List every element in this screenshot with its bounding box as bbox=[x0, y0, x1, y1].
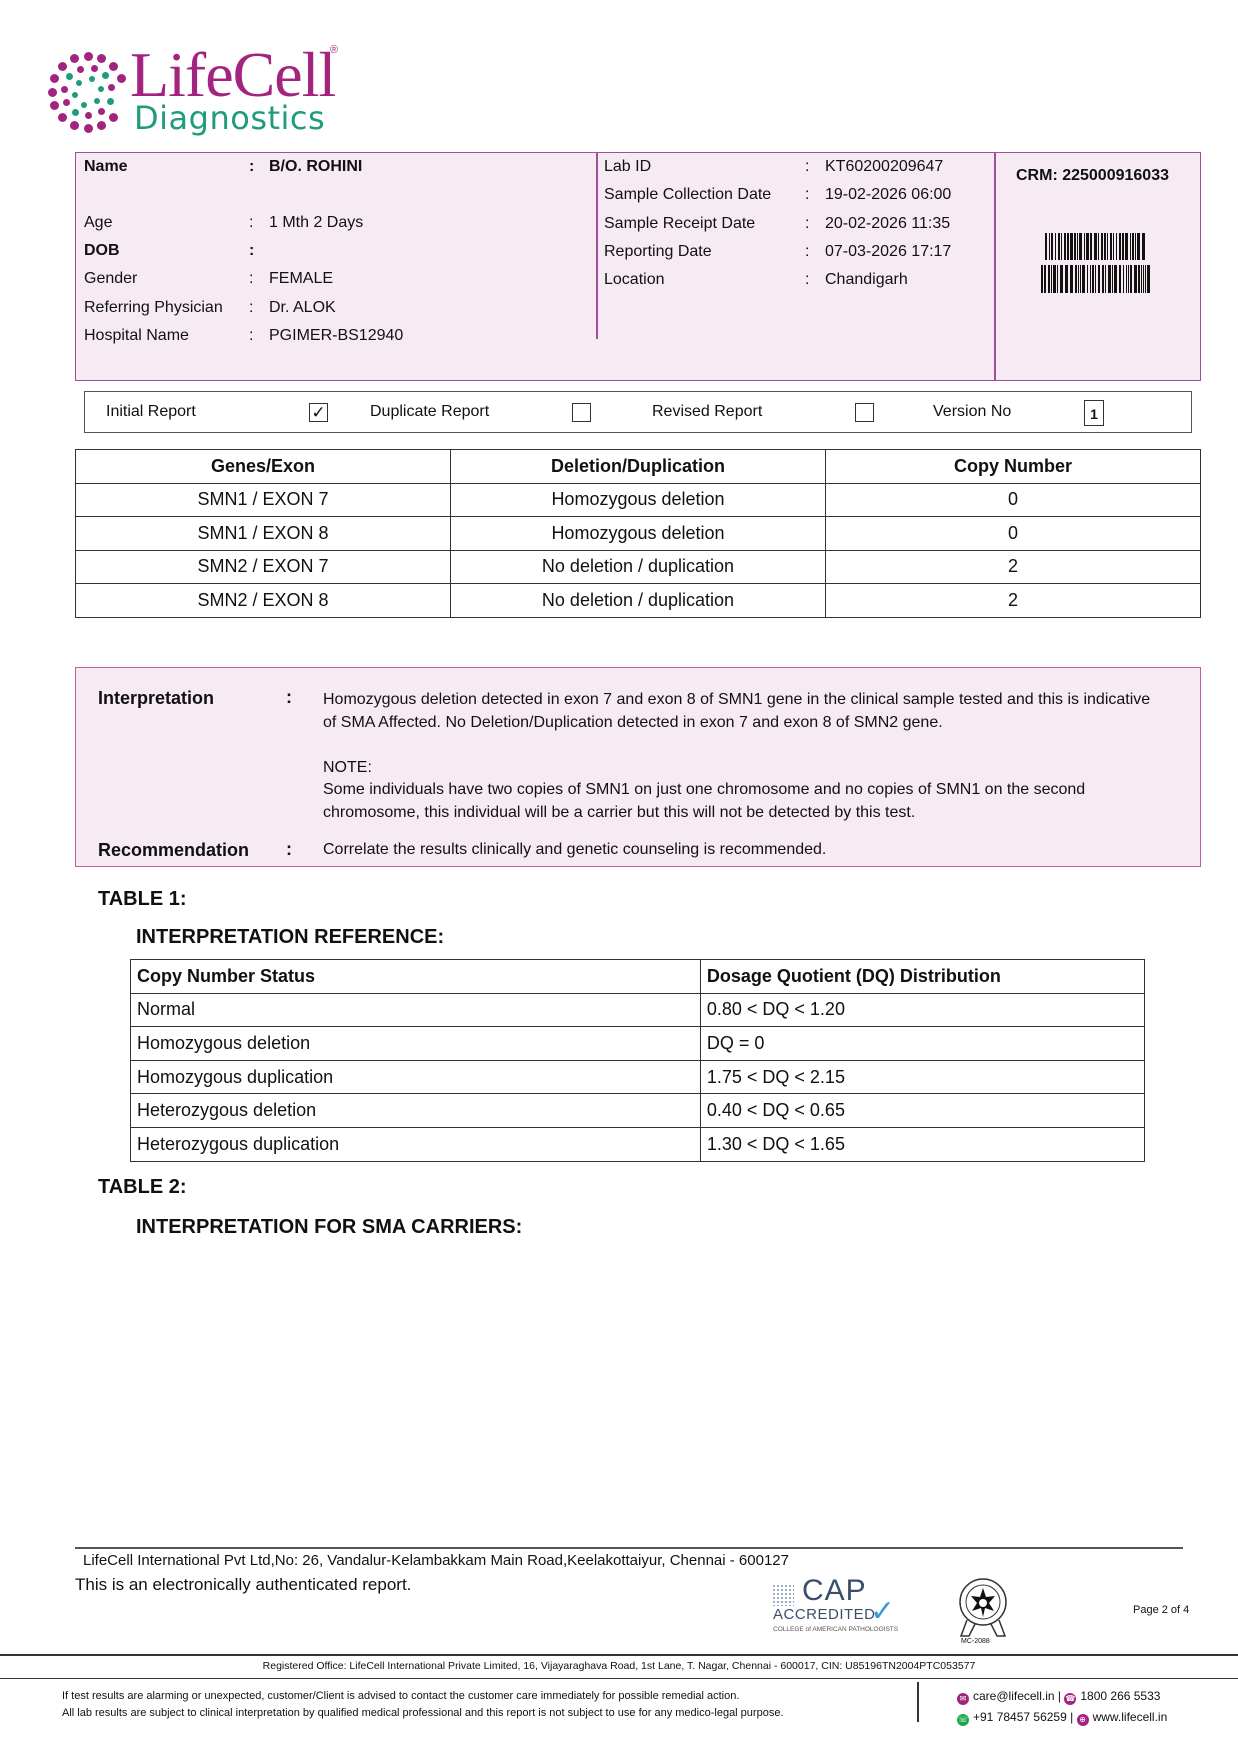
column-header: Dosage Quotient (DQ) Distribution bbox=[700, 960, 1144, 994]
colon: : bbox=[286, 687, 292, 708]
colon: : bbox=[249, 296, 253, 320]
recommendation-text: Correlate the results clinically and gen… bbox=[323, 838, 1143, 861]
field-value: 19-02-2026 06:00 bbox=[825, 183, 951, 207]
phone-icon: ☎ bbox=[1064, 1693, 1076, 1705]
registered-office: Registered Office: LifeCell Internationa… bbox=[0, 1660, 1238, 1672]
field-value: 1 Mth 2 Days bbox=[269, 211, 363, 235]
lifecell-logo: LifeCell ® Diagnostics bbox=[50, 44, 350, 144]
duplicate-report-checkbox[interactable] bbox=[572, 403, 591, 422]
cap-text: CAP bbox=[802, 1574, 867, 1608]
email-icon: ✉ bbox=[957, 1693, 969, 1705]
divider bbox=[75, 1547, 1183, 1549]
registered-mark: ® bbox=[330, 44, 338, 56]
divider bbox=[0, 1678, 1238, 1679]
column-header: Genes/Exon bbox=[76, 450, 451, 484]
table-row: SMN2 / EXON 8No deletion / duplication2 bbox=[76, 584, 1201, 618]
divider bbox=[994, 153, 996, 380]
separator: | bbox=[1070, 1710, 1073, 1724]
patient-info-box: Name:B/O. ROHINIAge:1 Mth 2 DaysDOB:Gend… bbox=[75, 152, 1201, 381]
disclaimer-line-2: All lab results are subject to clinical … bbox=[62, 1705, 784, 1722]
crm-number: CRM: 225000916033 bbox=[1016, 167, 1196, 185]
table-cell: Heterozygous duplication bbox=[131, 1127, 701, 1161]
colon: : bbox=[805, 183, 809, 207]
whatsapp-icon: ☏ bbox=[957, 1714, 969, 1726]
column-header: Copy Number bbox=[826, 450, 1201, 484]
field-label: Lab ID bbox=[604, 155, 651, 179]
table-cell: Normal bbox=[131, 993, 701, 1027]
table-cell: Homozygous deletion bbox=[451, 517, 826, 551]
contact-info: ✉care@lifecell.in | ☎1800 266 5533 ☏+91 … bbox=[957, 1686, 1167, 1728]
authentication-note: This is an electronically authenticated … bbox=[75, 1575, 411, 1595]
note-label: NOTE: bbox=[323, 756, 1143, 779]
field-value: 07-03-2026 17:17 bbox=[825, 240, 951, 264]
patient-details: Name:B/O. ROHINIAge:1 Mth 2 DaysDOB:Gend… bbox=[84, 153, 594, 380]
table-cell: Homozygous deletion bbox=[451, 483, 826, 517]
table1-title: TABLE 1: bbox=[98, 888, 187, 911]
recommendation-label: Recommendation bbox=[98, 840, 249, 861]
whatsapp-number[interactable]: +91 78457 56259 bbox=[973, 1710, 1067, 1724]
table-cell: No deletion / duplication bbox=[451, 550, 826, 584]
field-value: Chandigarh bbox=[825, 268, 908, 292]
interpretation-text: Homozygous deletion detected in exon 7 a… bbox=[323, 688, 1163, 734]
table-cell: SMN1 / EXON 7 bbox=[76, 483, 451, 517]
field-value: PGIMER-BS12940 bbox=[269, 324, 403, 348]
colon: : bbox=[249, 324, 253, 348]
table-row: SMN2 / EXON 7No deletion / duplication2 bbox=[76, 550, 1201, 584]
disclaimer: If test results are alarming or unexpect… bbox=[62, 1688, 784, 1722]
checkmark-icon: ✓ bbox=[870, 1594, 895, 1629]
table1-subtitle: INTERPRETATION REFERENCE: bbox=[136, 926, 444, 949]
colon: : bbox=[805, 268, 809, 292]
table-row: Heterozygous deletion0.40 < DQ < 0.65 bbox=[131, 1094, 1145, 1128]
field-label: Location bbox=[604, 268, 665, 292]
version-label: Version No bbox=[933, 392, 1011, 432]
field-value: B/O. ROHINI bbox=[269, 155, 362, 179]
interpretation-box: Interpretation : Homozygous deletion det… bbox=[75, 667, 1201, 867]
field-label: Age bbox=[84, 211, 112, 235]
revised-report-checkbox[interactable] bbox=[855, 403, 874, 422]
nabl-seal-icon bbox=[955, 1576, 1011, 1646]
field-value: FEMALE bbox=[269, 267, 333, 291]
colon: : bbox=[249, 239, 254, 263]
duplicate-report-label: Duplicate Report bbox=[370, 392, 489, 432]
column-header: Deletion/Duplication bbox=[451, 450, 826, 484]
field-label: Hospital Name bbox=[84, 324, 189, 348]
interpretation-label: Interpretation bbox=[98, 688, 214, 709]
initial-report-label: Initial Report bbox=[106, 392, 196, 432]
table-cell: SMN2 / EXON 7 bbox=[76, 550, 451, 584]
table-cell: 2 bbox=[826, 550, 1201, 584]
phone-number[interactable]: 1800 266 5533 bbox=[1080, 1689, 1160, 1703]
table-cell: Heterozygous deletion bbox=[131, 1094, 701, 1128]
table-row: Heterozygous duplication1.30 < DQ < 1.65 bbox=[131, 1127, 1145, 1161]
field-value: KT60200209647 bbox=[825, 155, 943, 179]
version-number: 1 bbox=[1084, 400, 1104, 426]
divider bbox=[0, 1654, 1238, 1656]
field-label: DOB bbox=[84, 239, 120, 263]
company-address: LifeCell International Pvt Ltd,No: 26, V… bbox=[83, 1552, 789, 1569]
field-label: Name bbox=[84, 155, 128, 179]
field-label: Sample Collection Date bbox=[604, 183, 771, 207]
interpretation-reference-table: Copy Number StatusDosage Quotient (DQ) D… bbox=[130, 959, 1145, 1162]
separator: | bbox=[1058, 1689, 1061, 1703]
website-link[interactable]: www.lifecell.in bbox=[1093, 1710, 1168, 1724]
table-row: Homozygous duplication1.75 < DQ < 2.15 bbox=[131, 1060, 1145, 1094]
table-row: SMN1 / EXON 7Homozygous deletion0 bbox=[76, 483, 1201, 517]
field-label: Reporting Date bbox=[604, 240, 712, 264]
page-number: Page 2 of 4 bbox=[1133, 1604, 1189, 1616]
divider bbox=[917, 1682, 919, 1722]
logo-brand-sub: Diagnostics bbox=[134, 98, 325, 138]
table-cell: 0.80 < DQ < 1.20 bbox=[700, 993, 1144, 1027]
results-table: Genes/ExonDeletion/DuplicationCopy Numbe… bbox=[75, 449, 1201, 618]
colon: : bbox=[249, 155, 254, 179]
cap-grid-icon bbox=[772, 1584, 794, 1606]
table-cell: No deletion / duplication bbox=[451, 584, 826, 618]
field-label: Sample Receipt Date bbox=[604, 212, 755, 236]
table-cell: SMN1 / EXON 8 bbox=[76, 517, 451, 551]
table2-subtitle: INTERPRETATION FOR SMA CARRIERS: bbox=[136, 1216, 522, 1239]
table-cell: DQ = 0 bbox=[700, 1027, 1144, 1061]
colon: : bbox=[805, 155, 809, 179]
colon: : bbox=[805, 212, 809, 236]
globe-icon: ⊕ bbox=[1077, 1714, 1089, 1726]
colon: : bbox=[286, 839, 292, 860]
table-cell: 0 bbox=[826, 483, 1201, 517]
table-cell: 1.75 < DQ < 2.15 bbox=[700, 1060, 1144, 1094]
table-row: Homozygous deletionDQ = 0 bbox=[131, 1027, 1145, 1061]
table-cell: 2 bbox=[826, 584, 1201, 618]
table-cell: Homozygous duplication bbox=[131, 1060, 701, 1094]
cap-accredited-logo: CAP ACCREDITED ✓ COLLEGE of AMERICAN PAT… bbox=[772, 1582, 902, 1638]
cap-accredited-text: ACCREDITED bbox=[773, 1606, 876, 1623]
barcode-icon bbox=[1041, 231, 1161, 295]
field-label: Gender bbox=[84, 267, 137, 291]
table-row: SMN1 / EXON 8Homozygous deletion0 bbox=[76, 517, 1201, 551]
sample-details: Lab ID:KT60200209647Sample Collection Da… bbox=[597, 153, 993, 380]
revised-report-label: Revised Report bbox=[652, 392, 762, 432]
note-text: Some individuals have two copies of SMN1… bbox=[323, 778, 1163, 824]
email-link[interactable]: care@lifecell.in bbox=[973, 1689, 1055, 1703]
table-cell: 0.40 < DQ < 0.65 bbox=[700, 1094, 1144, 1128]
disclaimer-line-1: If test results are alarming or unexpect… bbox=[62, 1688, 784, 1705]
nabl-code: MC-2088 bbox=[961, 1638, 990, 1645]
table-cell: Homozygous deletion bbox=[131, 1027, 701, 1061]
logo-dots-icon bbox=[50, 48, 130, 134]
colon: : bbox=[249, 267, 253, 291]
field-label: Referring Physician bbox=[84, 296, 223, 320]
table-cell: SMN2 / EXON 8 bbox=[76, 584, 451, 618]
field-value: 20-02-2026 11:35 bbox=[825, 212, 950, 236]
colon: : bbox=[249, 211, 253, 235]
table-row: Normal0.80 < DQ < 1.20 bbox=[131, 993, 1145, 1027]
colon: : bbox=[805, 240, 809, 264]
column-header: Copy Number Status bbox=[131, 960, 701, 994]
initial-report-checkbox[interactable]: ✓ bbox=[309, 403, 328, 422]
report-type-bar: Initial Report ✓ Duplicate Report Revise… bbox=[84, 391, 1192, 433]
table-cell: 0 bbox=[826, 517, 1201, 551]
field-value: Dr. ALOK bbox=[269, 296, 336, 320]
table2-title: TABLE 2: bbox=[98, 1176, 187, 1199]
table-cell: 1.30 < DQ < 1.65 bbox=[700, 1127, 1144, 1161]
cap-subtext: COLLEGE of AMERICAN PATHOLOGISTS bbox=[773, 1626, 898, 1633]
